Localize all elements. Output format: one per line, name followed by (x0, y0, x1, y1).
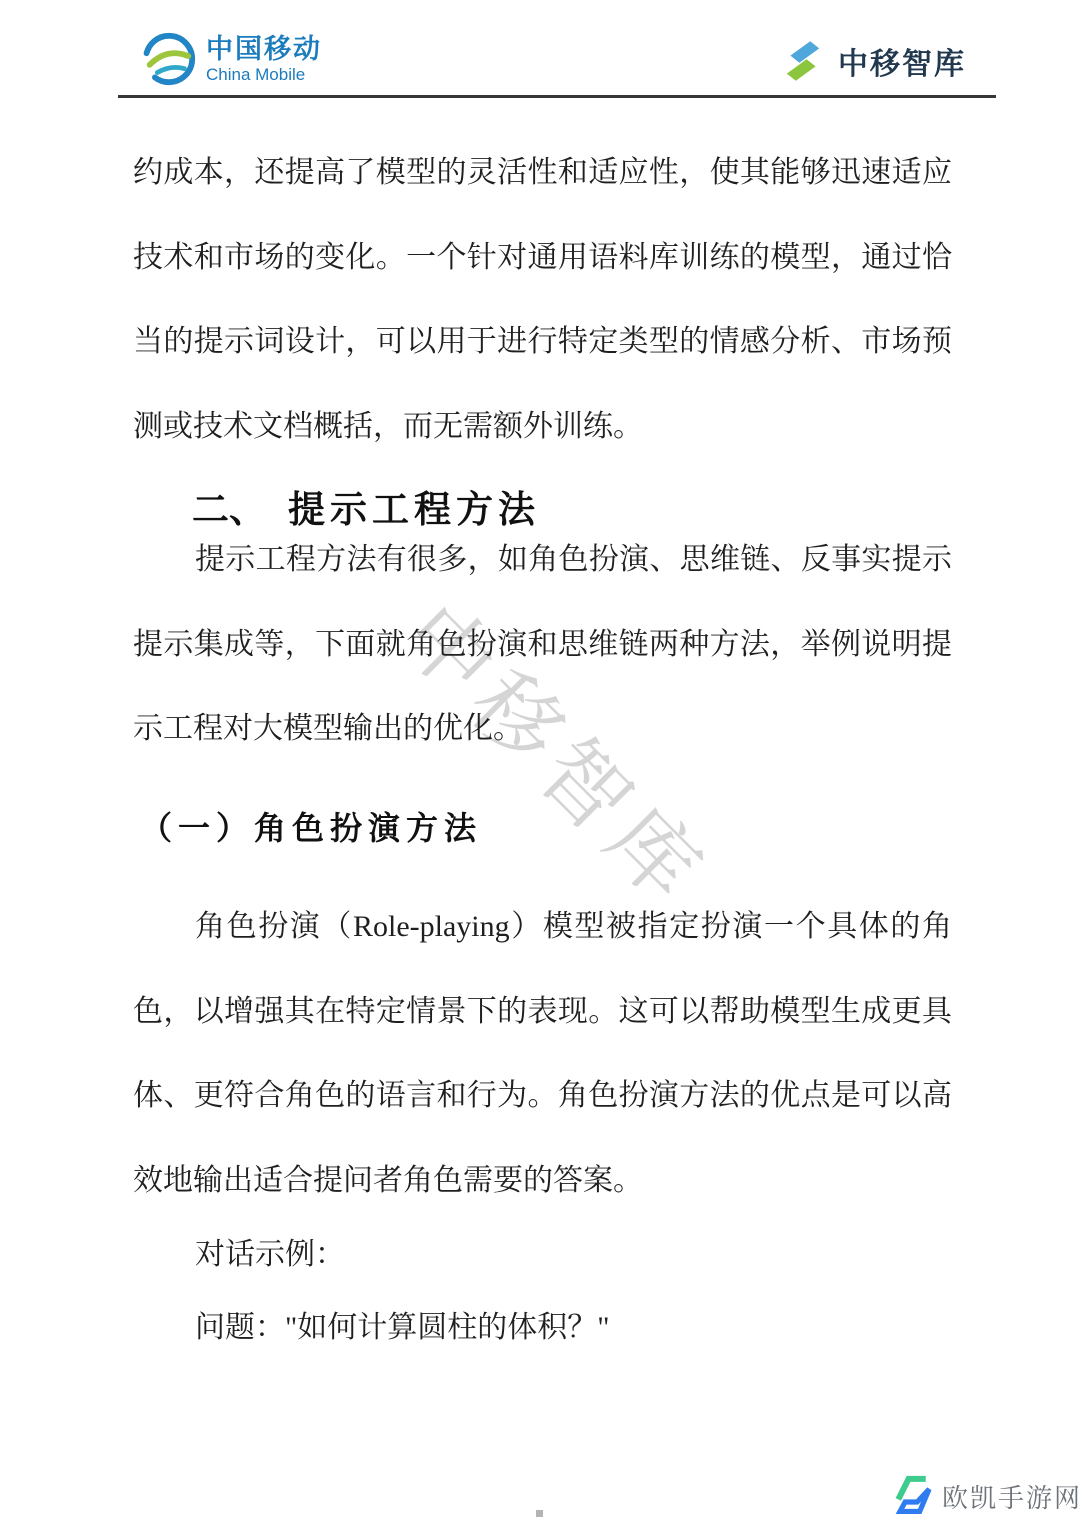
page-number-dot (536, 1510, 543, 1517)
body-line: 技术和市场的变化。一个针对通用语料库训练的模型，通过恰 (133, 241, 952, 275)
think-tank-diamonds-icon (776, 34, 830, 88)
body-line: 效地输出适合提问者角色需要的答案。 (133, 1164, 952, 1198)
subsection-heading: （一）角色扮演方法 (140, 803, 482, 849)
site-footer-logo: 欧凯手游网 (888, 1472, 1080, 1520)
body-line: 当的提示词设计，可以用于进行特定类型的情感分析、市场预 (133, 325, 952, 359)
site-name-text: 欧凯手游网 (942, 1478, 1080, 1515)
section-number: 二、 (192, 489, 266, 530)
body-line: 体、更符合角色的语言和行为。角色扮演方法的优点是可以高 (133, 1079, 952, 1113)
china-mobile-name-cn: 中国移动 (206, 36, 322, 63)
dialogue-example-label: 对话示例： (195, 1238, 952, 1272)
think-tank-label: 中移智库 (838, 39, 966, 83)
watermark-text: 中移智库 (368, 558, 753, 943)
body-line: 示工程对大模型输出的优化。 (133, 712, 952, 746)
china-mobile-name-en: China Mobile (206, 66, 322, 83)
body-line: 约成本，还提高了模型的灵活性和适应性，使其能够迅速适应 (133, 156, 952, 190)
document-page: 中国移动 China Mobile 中移智库 中移智库 约成本，还提高了模型的灵… (0, 0, 1080, 1527)
body-line: 提示集成等，下面就角色扮演和思维链两种方法，举例说明提 (133, 628, 952, 662)
section-heading: 二、提示工程方法 (192, 479, 540, 533)
header-divider (118, 95, 996, 98)
china-mobile-swirl-icon (140, 30, 198, 88)
dialogue-question-line: 问题："如何计算圆柱的体积？" (195, 1311, 952, 1345)
think-tank-logo: 中移智库 (776, 34, 966, 88)
china-mobile-wordmark: 中国移动 China Mobile (206, 36, 322, 83)
body-line: 色，以增强其在特定情景下的表现。这可以帮助模型生成更具 (133, 995, 952, 1029)
body-line: 测或技术文档概括，而无需额外训练。 (133, 410, 952, 444)
section-title: 提示工程方法 (288, 489, 540, 530)
china-mobile-logo: 中国移动 China Mobile (140, 30, 322, 88)
body-line: 角色扮演（Role-playing）模型被指定扮演一个具体的角 (195, 910, 952, 944)
body-line: 提示工程方法有很多，如角色扮演、思维链、反事实提示 (195, 543, 952, 577)
site-logo-icon (888, 1472, 936, 1520)
